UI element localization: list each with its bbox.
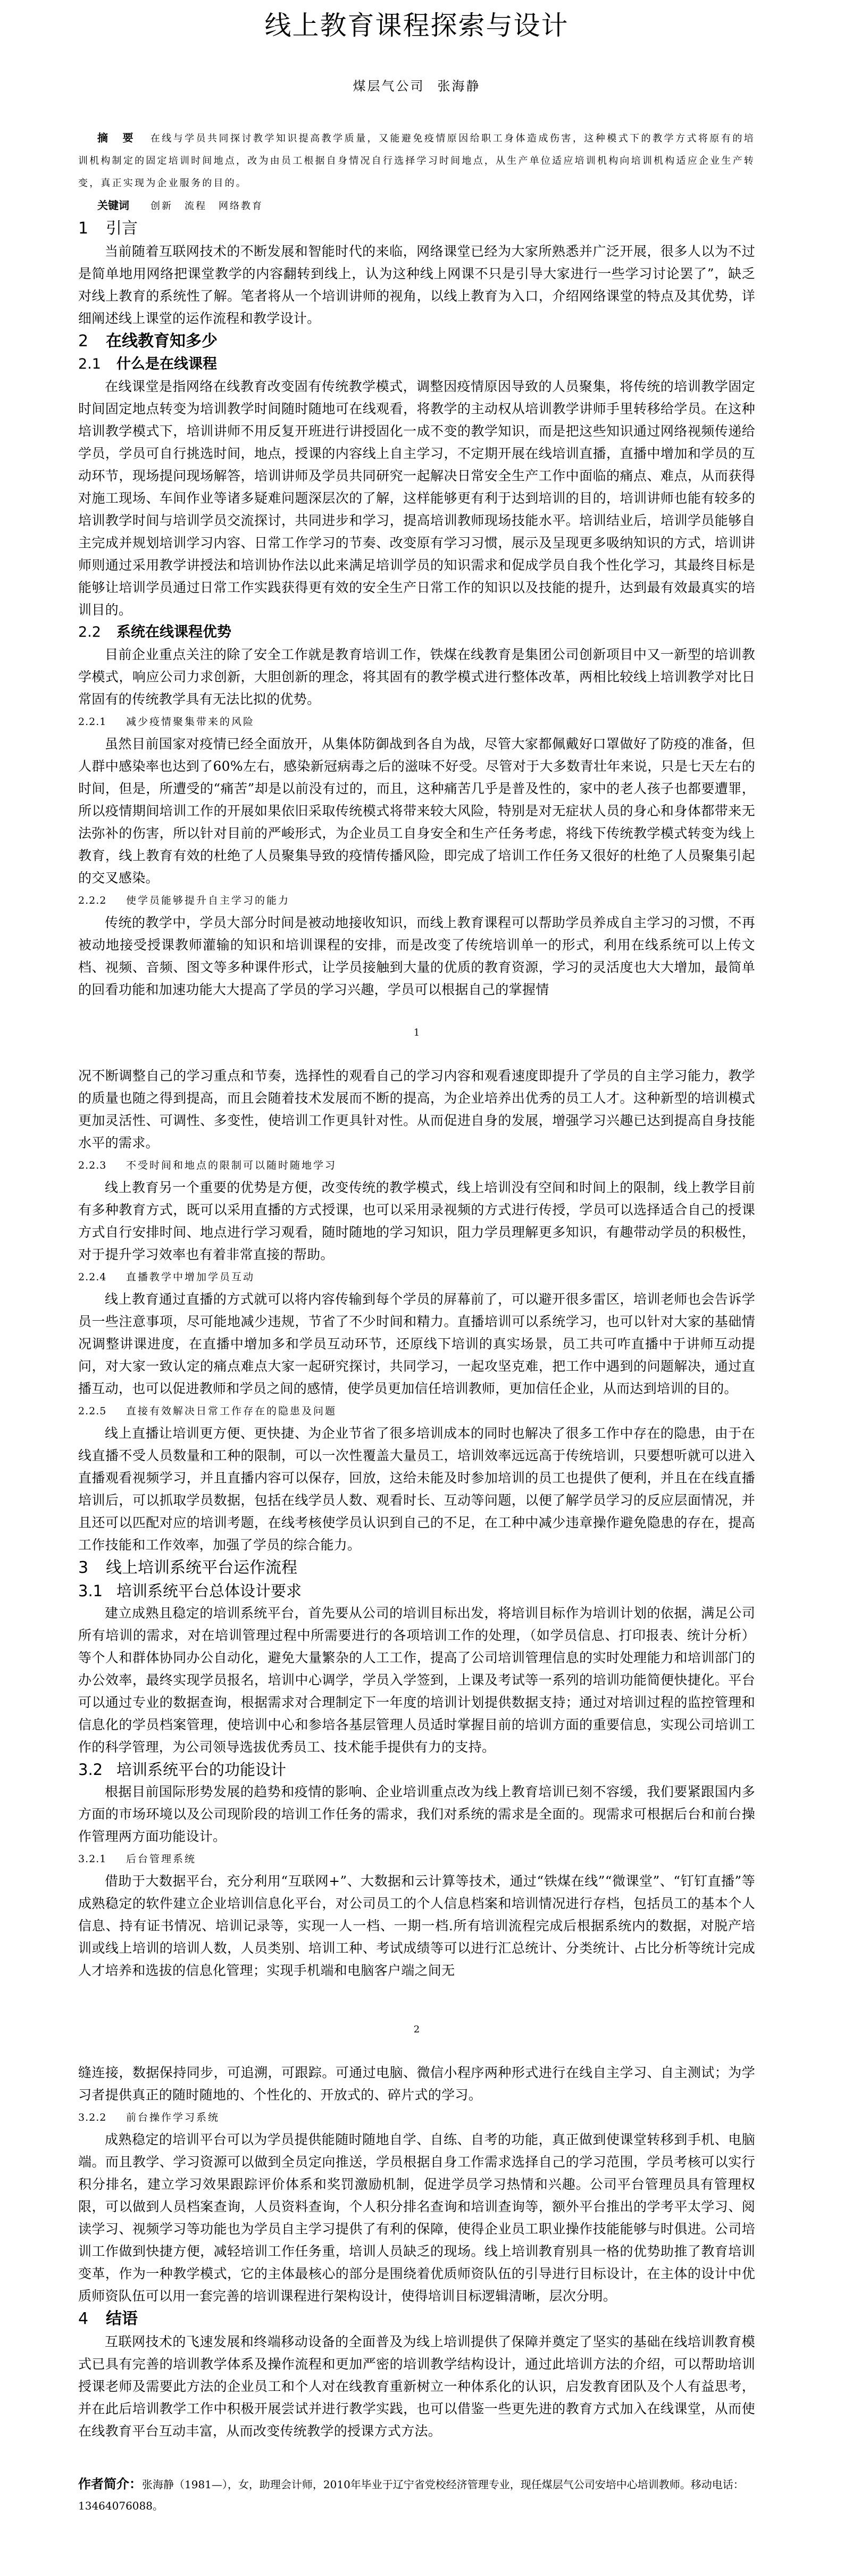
section-number: 3 bbox=[78, 1556, 106, 1580]
section-title: 引言 bbox=[106, 219, 138, 238]
subsection-number: 3.1 bbox=[78, 1580, 116, 1602]
subsubsection-title: 直接有效解决日常工作存在的隐患及问题 bbox=[126, 1405, 337, 1417]
subsubsection-title: 减少疫情聚集带来的风险 bbox=[126, 716, 255, 728]
subsection-heading-2-2: 2.2系统在线课程优势 bbox=[78, 621, 755, 644]
section-heading-platform-workflow: 3线上培训系统平台运作流程 bbox=[78, 1556, 755, 1580]
subsection-number: 2.1 bbox=[78, 353, 116, 376]
abstract: 摘 要在线与学员共同探讨教学知识提高教学质量，又能避免疫情原因给职工身体造成伤害… bbox=[78, 127, 755, 195]
paragraph-continued: 缝连接，数据保持同步，可追溯，可跟踪。可通过电脑、微信小程序两种形式进行在线自主… bbox=[78, 2062, 755, 2106]
abstract-text: 在线与学员共同探讨教学知识提高教学质量，又能避免疫情原因给职工身体造成伤害，这种… bbox=[78, 133, 755, 189]
author-bio-label: 作者简介： bbox=[78, 2477, 142, 2491]
author-bio-text: 张海静（1981—），女，助理会计师，2010年毕业于辽宁省党校经济管理专业，现… bbox=[78, 2478, 744, 2512]
abstract-label: 摘 要 bbox=[97, 131, 139, 144]
subsubsection-title: 使学员能够提升自主学习的能力 bbox=[126, 895, 290, 906]
subsection-title: 培训系统平台的功能设计 bbox=[116, 1761, 286, 1779]
keyword: 创新 bbox=[151, 201, 173, 212]
paragraph: 传统的教学中，学员大部分时间是被动地接收知识，而线上教育课程可以帮助学员养成自主… bbox=[78, 912, 755, 1001]
subsubsection-number: 2.2.3 bbox=[78, 1154, 126, 1177]
paragraph: 线上教育另一个重要的优势是方便，改变传统的教学模式，线上培训没有空间和时间上的限… bbox=[78, 1177, 755, 1266]
section-heading-introduction: 1引言 bbox=[78, 217, 755, 240]
section-number: 4 bbox=[78, 2307, 106, 2331]
paragraph-continued: 况不断调整自己的学习重点和节奏，选择性的观看自己的学习内容和观看速度即提升了学员… bbox=[78, 1065, 755, 1154]
keywords-label: 关键词 bbox=[97, 199, 129, 212]
paragraph: 虽然目前国家对疫情已经全面放开，从集体防御战到各自为战，尽管大家都佩戴好口罩做好… bbox=[78, 733, 755, 889]
paragraph: 成熟稳定的培训平台可以为学员提供能随时随地自学、自练、自考的功能，真正做到使课堂… bbox=[78, 2129, 755, 2307]
paragraph: 目前企业重点关注的除了安全工作就是教育培训工作，铁煤在线教育是集团公司创新项目中… bbox=[78, 644, 755, 711]
subsubsection-heading-2-2-2: 2.2.2使学员能够提升自主学习的能力 bbox=[78, 889, 755, 912]
paragraph: 线上直播让培训更方便、更快捷、为企业节省了很多培训成本的同时也解决了很多工作中存… bbox=[78, 1422, 755, 1556]
author-name: 张海静 bbox=[438, 79, 481, 94]
subsection-title: 系统在线课程优势 bbox=[116, 624, 231, 640]
paragraph: 当前随着互联网技术的不断发展和智能时代的来临，网络课堂已经为大家所熟悉并广泛开展… bbox=[78, 240, 755, 330]
subsubsection-number: 3.2.2 bbox=[78, 2106, 126, 2129]
section-title: 在线教育知多少 bbox=[106, 332, 218, 351]
subsubsection-heading-2-2-5: 2.2.5直接有效解决日常工作存在的隐患及问题 bbox=[78, 1400, 755, 1422]
keyword: 网络教育 bbox=[219, 201, 263, 212]
subsubsection-number: 2.2.5 bbox=[78, 1400, 126, 1422]
paragraph: 在线课堂是指网络在线教育改变固有传统教学模式，调整因疫情原因导致的人员聚集，将传… bbox=[78, 376, 755, 621]
paragraph: 根据目前国际形势发展的趋势和疫情的影响、企业培训重点改为线上教育培训已刻不容缓，… bbox=[78, 1781, 755, 1848]
subsubsection-heading-2-2-1: 2.2.1减少疫情聚集带来的风险 bbox=[78, 711, 755, 733]
subsubsection-heading-2-2-3: 2.2.3不受时间和地点的限制可以随时随地学习 bbox=[78, 1154, 755, 1177]
subsection-number: 2.2 bbox=[78, 621, 116, 644]
document-page: 线上教育课程探索与设计 煤层气公司张海静 摘 要在线与学员共同探讨教学知识提高教… bbox=[0, 0, 844, 2516]
document-title: 线上教育课程探索与设计 bbox=[78, 0, 755, 48]
subsubsection-heading-3-2-2: 3.2.2前台操作学习系统 bbox=[78, 2106, 755, 2129]
section-number: 1 bbox=[78, 217, 106, 240]
subsection-heading-2-1: 2.1什么是在线课程 bbox=[78, 353, 755, 376]
subsection-title: 什么是在线课程 bbox=[116, 356, 217, 372]
subsection-heading-3-2: 3.2培训系统平台的功能设计 bbox=[78, 1758, 755, 1781]
subsubsection-heading-2-2-4: 2.2.4直播教学中增加学员互动 bbox=[78, 1266, 755, 1288]
subsubsection-title: 直播教学中增加学员互动 bbox=[126, 1271, 255, 1283]
keywords: 关键词创新流程网络教育 bbox=[78, 195, 755, 217]
page-number: 2 bbox=[78, 1982, 755, 2062]
author-bio: 作者简介：张海静（1981—），女，助理会计师，2010年毕业于辽宁省党校经济管… bbox=[78, 2473, 755, 2516]
section-heading-conclusion: 4结语 bbox=[78, 2307, 755, 2331]
subsubsection-number: 2.2.2 bbox=[78, 889, 126, 912]
subsubsection-number: 3.2.1 bbox=[78, 1848, 126, 1870]
keyword: 流程 bbox=[185, 201, 207, 212]
byline: 煤层气公司张海静 bbox=[78, 76, 755, 107]
author-organization: 煤层气公司 bbox=[353, 79, 425, 94]
subsection-heading-3-1: 3.1培训系统平台总体设计要求 bbox=[78, 1580, 755, 1602]
paragraph: 借助于大数据平台，充分利用“互联网+”、大数据和云计算等技术，通过“铁煤在线”“… bbox=[78, 1870, 755, 1982]
paragraph: 线上教育通过直播的方式就可以将内容传输到每个学员的屏幕前了，可以避开很多雷区，培… bbox=[78, 1288, 755, 1400]
subsubsection-title: 不受时间和地点的限制可以随时随地学习 bbox=[126, 1160, 337, 1171]
subsection-number: 3.2 bbox=[78, 1758, 116, 1781]
page-number: 1 bbox=[78, 1001, 755, 1065]
subsubsection-heading-3-2-1: 3.2.1后台管理系统 bbox=[78, 1848, 755, 1870]
section-title: 结语 bbox=[106, 2310, 138, 2328]
subsubsection-title: 后台管理系统 bbox=[126, 1853, 196, 1865]
subsubsection-title: 前台操作学习系统 bbox=[126, 2112, 220, 2123]
subsubsection-number: 2.2.1 bbox=[78, 711, 126, 733]
subsection-title: 培训系统平台总体设计要求 bbox=[116, 1582, 302, 1600]
section-heading-online-education: 2在线教育知多少 bbox=[78, 330, 755, 353]
paragraph: 互联网技术的飞速发展和终端移动设备的全面普及为线上培训提供了保障并奠定了坚实的基… bbox=[78, 2331, 755, 2442]
section-title: 线上培训系统平台运作流程 bbox=[106, 1558, 297, 1577]
paragraph: 建立成熟且稳定的培训系统平台，首先要从公司的培训目标出发，将培训目标作为培训计划… bbox=[78, 1602, 755, 1758]
subsubsection-number: 2.2.4 bbox=[78, 1266, 126, 1288]
section-number: 2 bbox=[78, 330, 106, 353]
